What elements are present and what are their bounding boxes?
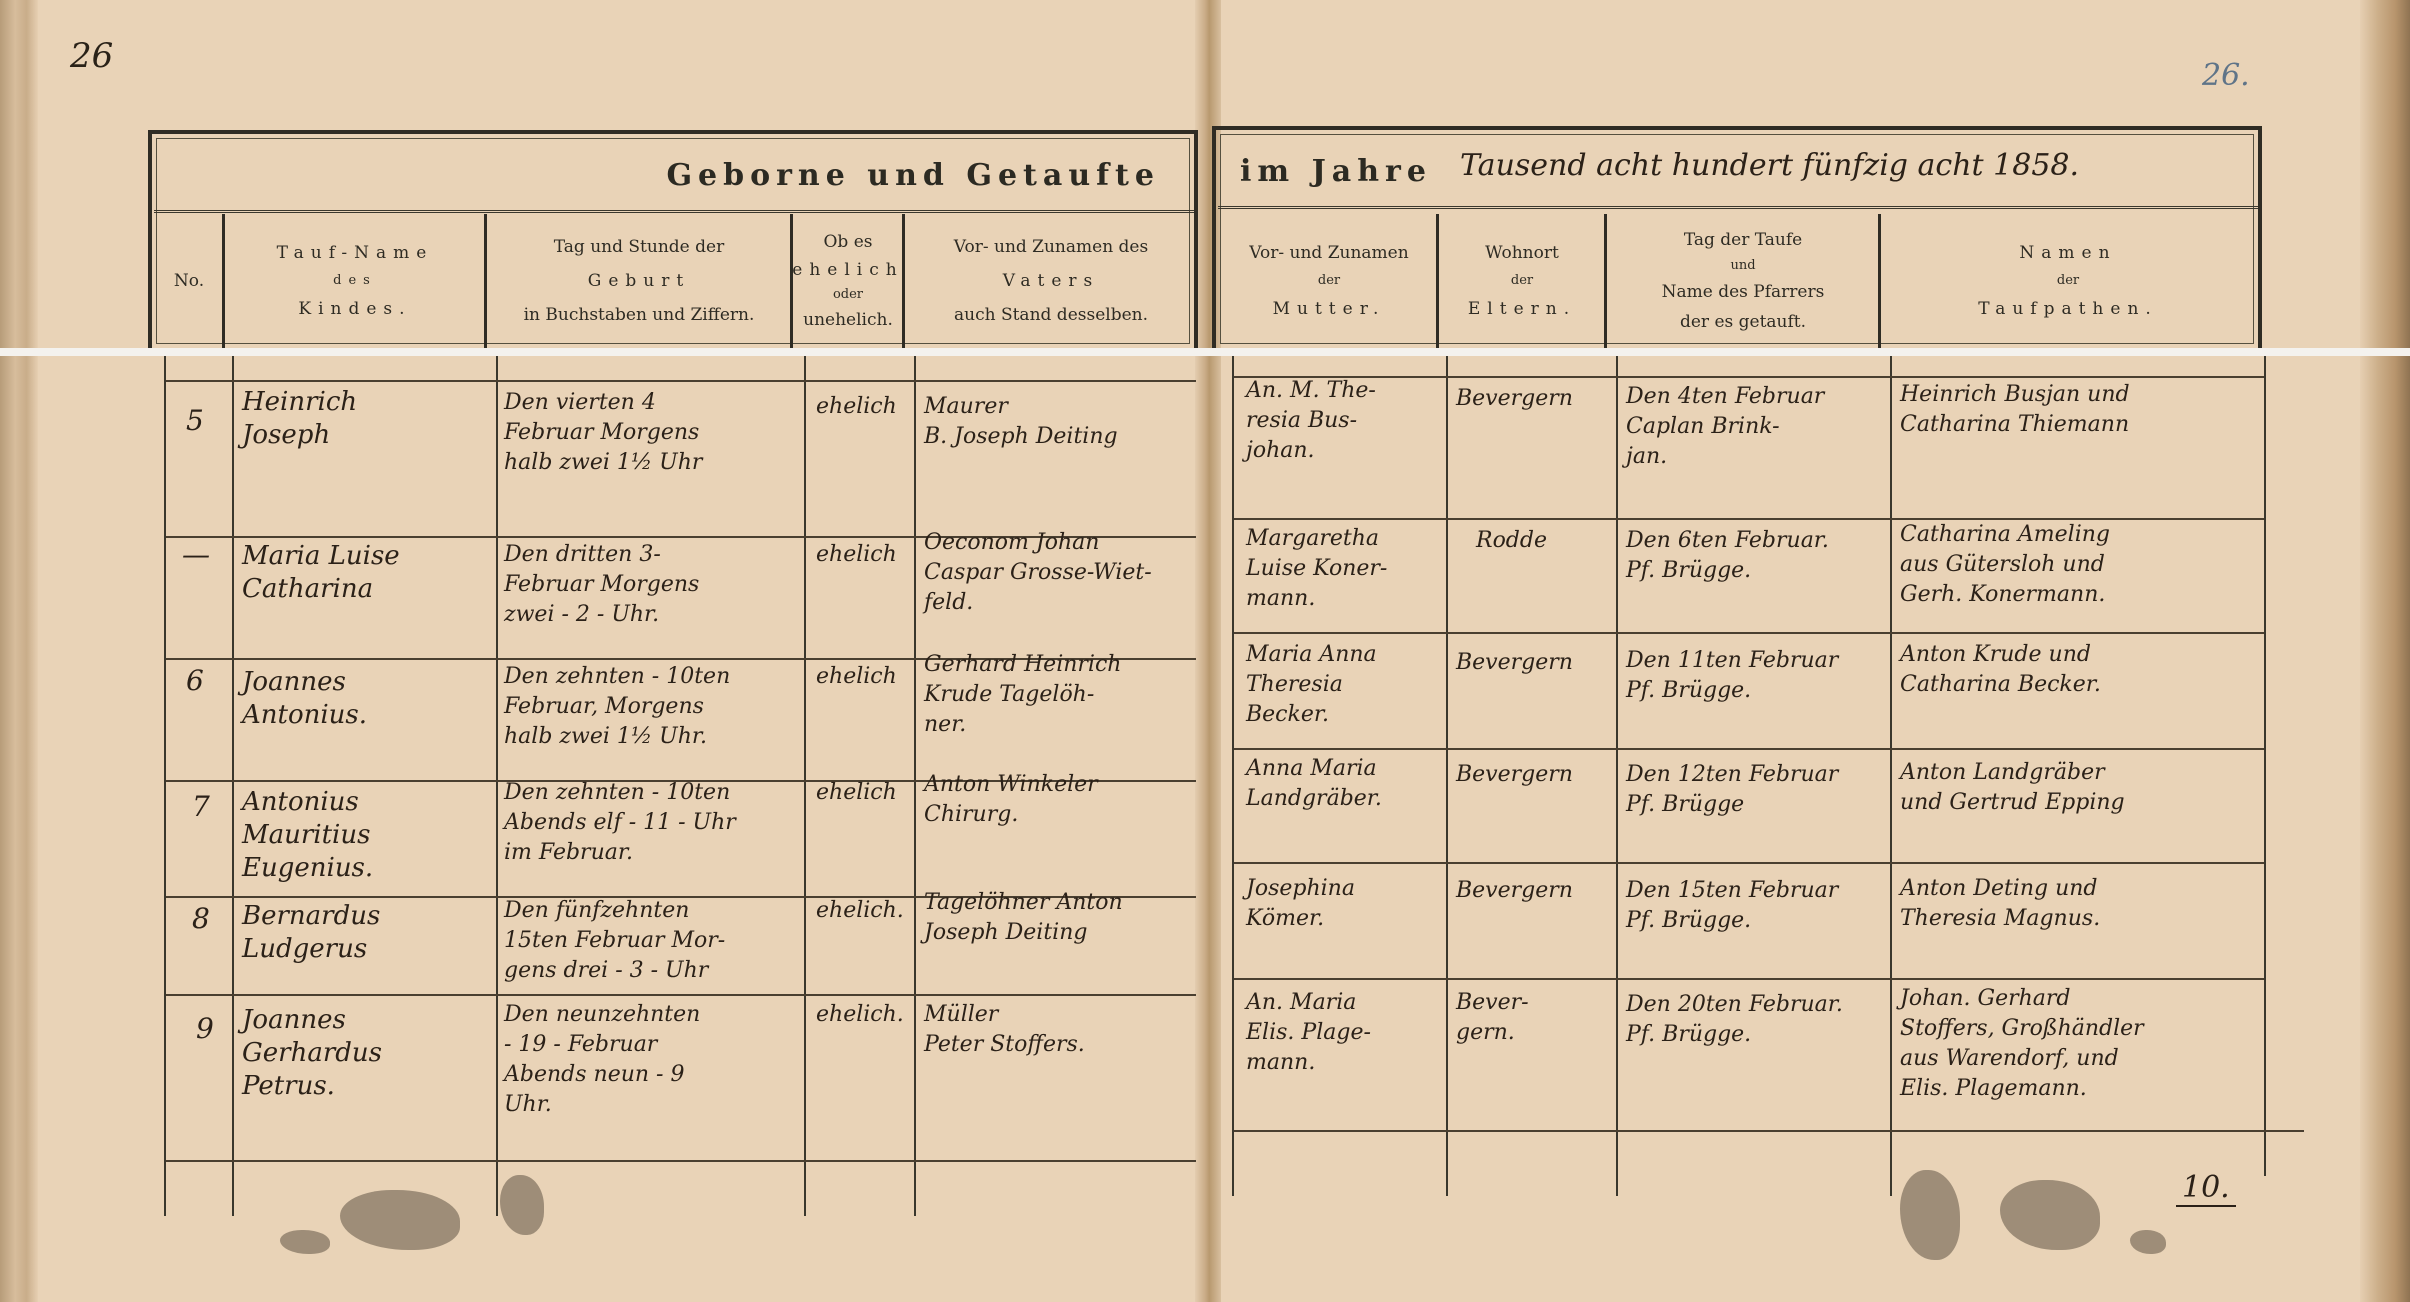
godparents: Anton Krude und Catharina Becker. bbox=[1900, 640, 2101, 700]
legitimacy: ehelich bbox=[816, 662, 897, 692]
father-name: Maurer B. Joseph Deiting bbox=[924, 392, 1118, 452]
mother-name: Margaretha Luise Koner- mann. bbox=[1246, 524, 1387, 614]
row-line bbox=[1234, 862, 2264, 864]
register-title: Geborne und Getaufte bbox=[160, 140, 1160, 210]
col-header-mother: Vor- und Zunamen der Mutter. bbox=[1222, 214, 1436, 348]
col-header-godparents: Namen der Taufpathen. bbox=[1882, 214, 2254, 348]
scan-seam bbox=[0, 348, 2410, 356]
birth-date: Den fünfzehnten 15ten Februar Mor- gens … bbox=[504, 896, 725, 986]
birth-date: Den neunzehnten - 19 - Februar Abends ne… bbox=[504, 1000, 700, 1120]
header-line: Ob es bbox=[823, 228, 872, 256]
header-line: unehelich. bbox=[803, 306, 893, 334]
body-col-line bbox=[1616, 356, 1618, 1196]
row-line bbox=[1234, 376, 2264, 378]
residence: Bevergern bbox=[1456, 648, 1573, 678]
body-col-line bbox=[804, 356, 806, 1216]
child-name: Maria Luise Catharina bbox=[242, 540, 400, 606]
header-line: der bbox=[1511, 270, 1533, 292]
register-book-spread: 26 26. Geborne und Getaufte im Jahre Tau… bbox=[0, 0, 2410, 1302]
page-number-right: 26. bbox=[2202, 58, 2250, 93]
header-line: des bbox=[333, 270, 377, 292]
header-line: Wohnort bbox=[1485, 236, 1559, 270]
header-line: Name des Pfarrers bbox=[1662, 277, 1825, 307]
col-divider bbox=[1878, 214, 1881, 350]
header-line: Vor- und Zunamen bbox=[1249, 236, 1408, 270]
header-line: Vaters bbox=[1003, 264, 1100, 298]
header-line: der es getauft. bbox=[1680, 307, 1806, 337]
col-divider bbox=[222, 214, 225, 350]
col-header-legit: Ob es ehelich oder unehelich. bbox=[794, 214, 902, 348]
entry-number: 6 bbox=[186, 664, 204, 697]
body-col-line bbox=[232, 356, 234, 1216]
godparents: Heinrich Busjan und Catharina Thiemann bbox=[1900, 380, 2130, 440]
header-line: und bbox=[1730, 255, 1755, 277]
book-edge-left bbox=[0, 0, 38, 1302]
header-line: Tag der Taufe bbox=[1684, 225, 1802, 255]
row-line bbox=[166, 1160, 1196, 1162]
mother-name: An. M. The- resia Bus- johan. bbox=[1246, 376, 1376, 466]
child-name: Joannes Gerhardus Petrus. bbox=[242, 1004, 382, 1103]
child-name: Heinrich Joseph bbox=[242, 386, 357, 452]
col-header-child: Tauf-Name des Kindes. bbox=[226, 214, 484, 348]
legitimacy: ehelich. bbox=[816, 1000, 904, 1030]
header-line: Kindes. bbox=[298, 292, 411, 326]
child-name: Antonius Mauritius Eugenius. bbox=[242, 786, 373, 885]
baptism: Den 15ten Februar Pf. Brügge. bbox=[1626, 876, 1838, 936]
body-col-line bbox=[1890, 356, 1892, 1196]
header-line: Geburt bbox=[588, 264, 690, 298]
birth-date: Den zehnten - 10ten Februar, Morgens hal… bbox=[504, 662, 730, 752]
baptism: Den 6ten Februar. Pf. Brügge. bbox=[1626, 526, 1829, 586]
godparents: Anton Landgräber und Gertrud Epping bbox=[1900, 758, 2125, 818]
entry-number: 8 bbox=[192, 902, 210, 935]
ink-stain bbox=[2130, 1230, 2166, 1254]
header-line: der bbox=[1318, 270, 1340, 292]
body-col-line bbox=[164, 356, 166, 1216]
godparents: Anton Deting und Theresia Magnus. bbox=[1900, 874, 2100, 934]
ink-stain bbox=[280, 1230, 330, 1254]
row-line bbox=[1234, 1130, 2304, 1132]
body-col-line bbox=[2264, 356, 2266, 1176]
row-line bbox=[1234, 632, 2264, 634]
row-line bbox=[166, 380, 1196, 382]
legitimacy: ehelich. bbox=[816, 896, 904, 926]
header-line: Mutter. bbox=[1273, 292, 1386, 326]
baptism: Den 11ten Februar Pf. Brügge. bbox=[1626, 646, 1838, 706]
header-line: oder bbox=[833, 284, 863, 306]
residence: Rodde bbox=[1476, 526, 1547, 556]
col-header-baptism: Tag der Taufe und Name des Pfarrers der … bbox=[1608, 214, 1878, 348]
header-line: Tag und Stunde der bbox=[554, 230, 724, 264]
col-divider bbox=[1604, 214, 1607, 350]
header-line: ehelich bbox=[792, 256, 903, 284]
entry-number: 7 bbox=[192, 790, 210, 823]
header-line: Tauf-Name bbox=[277, 236, 434, 270]
residence: Bevergern bbox=[1456, 384, 1573, 414]
legitimacy: ehelich bbox=[816, 540, 897, 570]
godparents: Johan. Gerhard Stoffers, Großhändler aus… bbox=[1900, 984, 2144, 1104]
year-handwritten: Tausend acht hundert fünfzig acht 1858. bbox=[1460, 148, 2079, 183]
ink-stain bbox=[500, 1175, 544, 1235]
ink-stain bbox=[2000, 1180, 2100, 1250]
col-header-residence: Wohnort der Eltern. bbox=[1440, 214, 1604, 348]
col-header-no: No. bbox=[156, 214, 222, 348]
year-label: im Jahre bbox=[1240, 136, 1450, 206]
header-line: Vor- und Zunamen des bbox=[954, 230, 1148, 264]
residence: Bever- gern. bbox=[1456, 988, 1529, 1048]
godparents: Catharina Ameling aus Gütersloh und Gerh… bbox=[1900, 520, 2110, 610]
book-edge-right bbox=[2360, 0, 2410, 1302]
birth-date: Den vierten 4 Februar Morgens halb zwei … bbox=[504, 388, 702, 478]
legitimacy: ehelich bbox=[816, 392, 897, 422]
header-line: No. bbox=[174, 264, 204, 298]
row-line bbox=[166, 994, 1196, 996]
residence: Bevergern bbox=[1456, 876, 1573, 906]
body-col-line bbox=[1232, 356, 1234, 1196]
child-name: Joannes Antonius. bbox=[242, 666, 367, 732]
birth-date: Den zehnten - 10ten Abends elf - 11 - Uh… bbox=[504, 778, 736, 868]
header-line: Eltern. bbox=[1468, 292, 1576, 326]
father-name: Tagelöhner Anton Joseph Deiting bbox=[924, 888, 1123, 948]
mother-name: An. Maria Elis. Plage- mann. bbox=[1246, 988, 1371, 1078]
mother-name: Josephina Kömer. bbox=[1246, 874, 1355, 934]
mother-name: Anna Maria Landgräber. bbox=[1246, 754, 1382, 814]
col-divider bbox=[484, 214, 487, 350]
baptism: Den 4ten Februar Caplan Brink- jan. bbox=[1626, 382, 1824, 472]
baptism: Den 12ten Februar Pf. Brügge bbox=[1626, 760, 1838, 820]
legitimacy: ehelich bbox=[816, 778, 897, 808]
header-line: Taufpathen. bbox=[1978, 292, 2158, 326]
row-line bbox=[1234, 748, 2264, 750]
page-tally: 10. bbox=[2176, 1170, 2236, 1207]
header-line: der bbox=[2057, 270, 2079, 292]
birth-date: Den dritten 3- Februar Morgens zwei - 2 … bbox=[504, 540, 699, 630]
father-name: Oeconom Johan Caspar Grosse-Wiet- feld. bbox=[924, 528, 1152, 618]
header-line: Namen bbox=[2019, 236, 2116, 270]
body-col-line bbox=[914, 356, 916, 1216]
ink-stain bbox=[1900, 1170, 1960, 1260]
body-col-line bbox=[1446, 356, 1448, 1196]
body-col-line bbox=[496, 356, 498, 1216]
col-header-father: Vor- und Zunamen des Vaters auch Stand d… bbox=[906, 214, 1196, 348]
father-name: Anton Winkeler Chirurg. bbox=[924, 770, 1098, 830]
row-line bbox=[1234, 978, 2264, 980]
father-name: Müller Peter Stoffers. bbox=[924, 1000, 1085, 1060]
entry-number: — bbox=[182, 538, 210, 571]
header-divider-left bbox=[154, 210, 1194, 213]
mother-name: Maria Anna Theresia Becker. bbox=[1246, 640, 1377, 730]
header-line: auch Stand desselben. bbox=[954, 298, 1148, 332]
father-name: Gerhard Heinrich Krude Tagelöh- ner. bbox=[924, 650, 1121, 740]
header-line: in Buchstaben und Ziffern. bbox=[524, 298, 755, 332]
page-number-left: 26 bbox=[70, 36, 113, 76]
residence: Bevergern bbox=[1456, 760, 1573, 790]
header-divider-right bbox=[1218, 206, 2258, 209]
col-divider bbox=[1436, 214, 1439, 350]
col-header-birth: Tag und Stunde der Geburt in Buchstaben … bbox=[488, 214, 790, 348]
entry-number: 5 bbox=[186, 404, 204, 437]
baptism: Den 20ten Februar. Pf. Brügge. bbox=[1626, 990, 1843, 1050]
child-name: Bernardus Ludgerus bbox=[242, 900, 380, 966]
entry-number: 9 bbox=[196, 1012, 214, 1045]
ink-stain bbox=[340, 1190, 460, 1250]
